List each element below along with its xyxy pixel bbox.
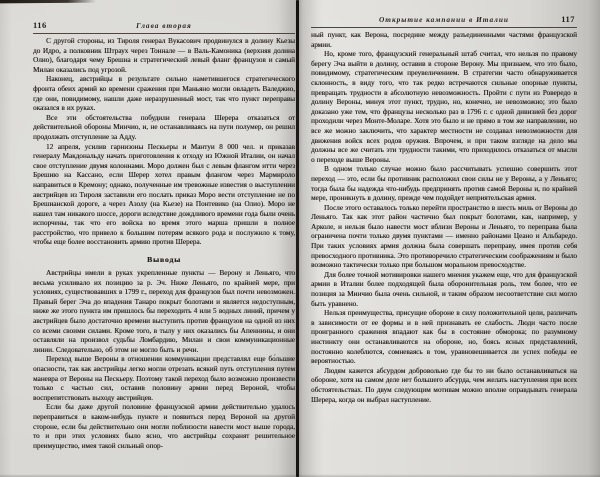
left-running-head: 116 Глава вторая xyxy=(33,20,295,34)
paragraph: В одном только случае можно было рассчит… xyxy=(311,165,577,203)
paragraph: Все эти обстоятельства побудили генерала… xyxy=(33,114,295,143)
paragraph: Нельзя преимущества, присущие обороне в … xyxy=(311,309,577,367)
paragraph: С другой стороны, из Тироля генерал Вука… xyxy=(33,37,295,75)
paragraph: Но, кроме того, французский генеральный … xyxy=(311,50,577,165)
paragraph: Если бы даже другой половине французской… xyxy=(33,403,295,451)
paragraph: Людям кажется абсурдом добровольно где б… xyxy=(311,367,577,405)
right-page-body: ный пункт, как Верона, посредине между р… xyxy=(311,31,577,405)
paragraph: После этого оставалось только перейти пр… xyxy=(311,204,577,271)
right-page: Открытие кампании в Италии 117 ный пункт… xyxy=(311,14,577,405)
right-running-header-title: Открытие кампании в Италии xyxy=(311,15,577,24)
left-page: 116 Глава вторая С другой стороны, из Ти… xyxy=(33,20,295,451)
paragraph: 12 апреля, усилив гарнизоны Пескьеры и М… xyxy=(33,143,295,249)
paragraph: Переход выше Вероны в отношении коммуник… xyxy=(33,355,295,403)
book-spine-line xyxy=(296,0,299,477)
book-scan: 116 Глава вторая С другой стороны, из Ти… xyxy=(0,0,600,477)
right-running-head: Открытие кампании в Италии 117 xyxy=(311,14,577,28)
left-running-header-title: Глава вторая xyxy=(33,21,295,30)
paragraph: Для более точной мотивировки нашего мнен… xyxy=(311,271,577,309)
section-heading: Выводы xyxy=(33,255,295,264)
left-page-body: С другой стороны, из Тироля генерал Вука… xyxy=(33,37,295,451)
paragraph: Наконец, австрийцы в результате сильно н… xyxy=(33,75,295,113)
paragraph: Австрийцы имели в руках укрепленные пунк… xyxy=(33,269,295,355)
paragraph: ный пункт, как Верона, посредине между р… xyxy=(311,31,577,50)
right-page-number: 117 xyxy=(561,14,575,24)
scan-edge-artifact xyxy=(0,0,96,3)
